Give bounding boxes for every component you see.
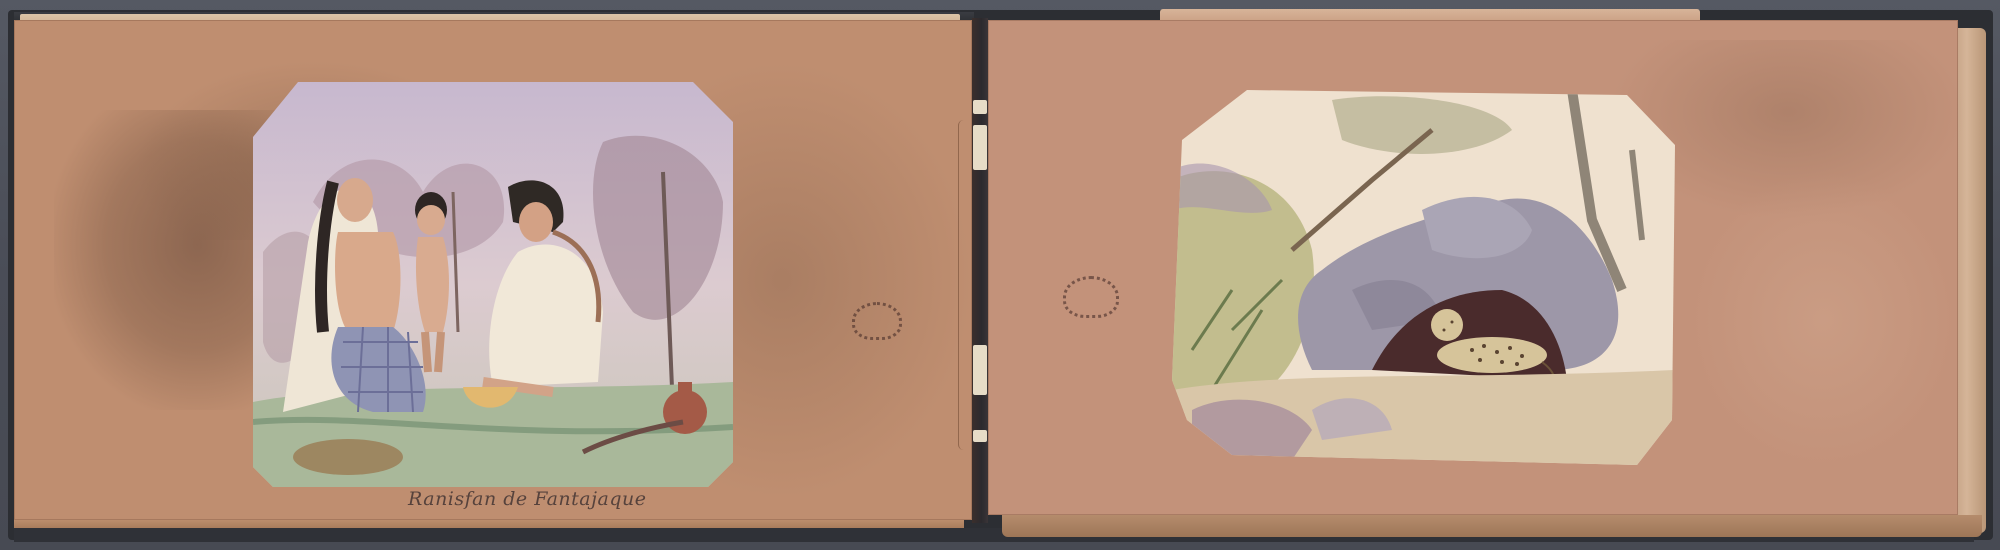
collection-stamp bbox=[852, 302, 902, 340]
binding-thread bbox=[973, 100, 987, 114]
family-watercolor-painting bbox=[253, 82, 733, 487]
leopard-cave-watercolor-painting bbox=[1172, 90, 1675, 475]
handwritten-caption: Ranisfan de Fantajaque bbox=[408, 488, 647, 510]
binding-tape bbox=[973, 125, 987, 170]
binding-thread bbox=[973, 430, 987, 442]
book-gutter bbox=[972, 18, 988, 523]
collection-stamp bbox=[1063, 276, 1119, 318]
right-page-bottom-edge bbox=[1002, 515, 1982, 537]
water-stain bbox=[1688, 170, 1958, 470]
binding-tape bbox=[973, 345, 987, 395]
page-crease bbox=[958, 120, 969, 450]
